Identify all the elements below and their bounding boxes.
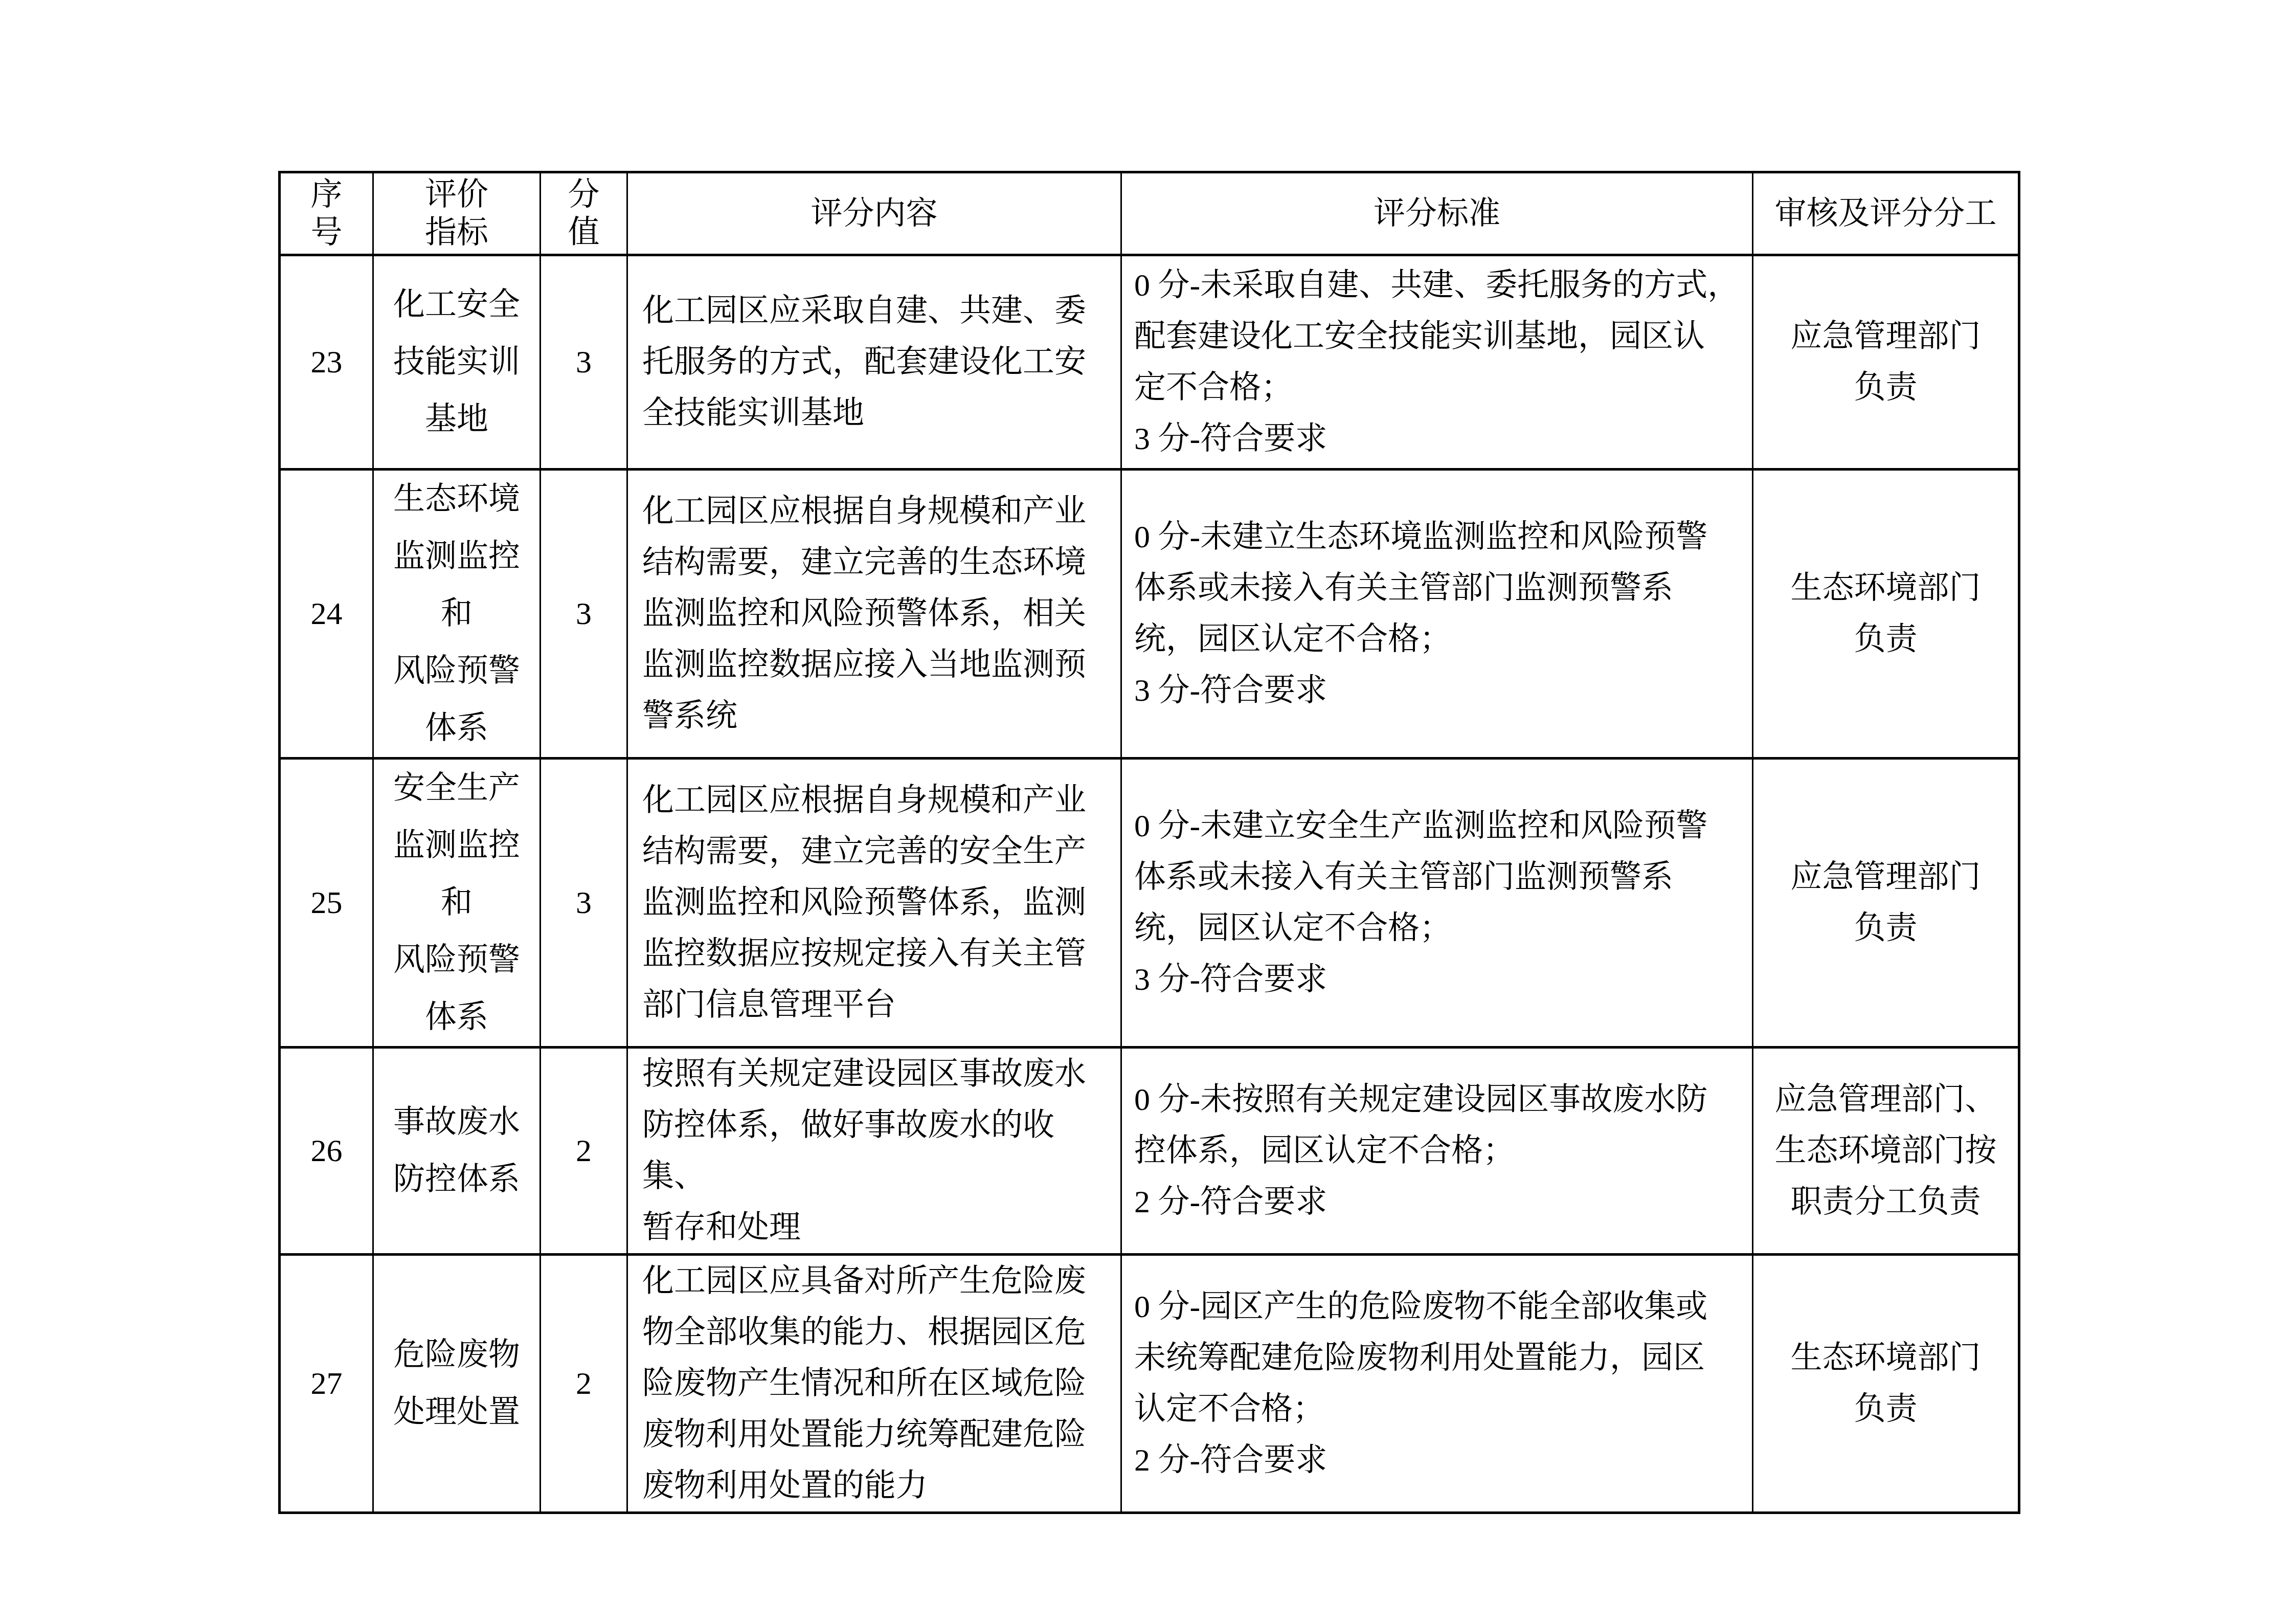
score-cell: 2 bbox=[541, 1255, 627, 1513]
content-cell: 化工园区应根据自身规模和产业 结构需要，建立完善的生态环境 监测监控和风险预警体… bbox=[627, 470, 1121, 759]
row-number-cell: 25 bbox=[280, 759, 373, 1048]
division-cell: 应急管理部门 负责 bbox=[1753, 255, 2019, 470]
table-row: 23 化工安全 技能实训 基地 3 化工园区应采取自建、共建、委 托服务的方式，… bbox=[280, 255, 2019, 470]
header-content: 评分内容 bbox=[627, 172, 1121, 255]
standard-cell: 0 分-未采取自建、共建、委托服务的方式， 配套建设化工安全技能实训基地，园区认… bbox=[1121, 255, 1753, 470]
table-row: 25 安全生产 监测监控和 风险预警 体系 3 化工园区应根据自身规模和产业 结… bbox=[280, 759, 2019, 1048]
division-cell: 应急管理部门 负责 bbox=[1753, 759, 2019, 1048]
standard-cell: 0 分-未建立生态环境监测监控和风险预警 体系或未接入有关主管部门监测预警系 统… bbox=[1121, 470, 1753, 759]
score-cell: 3 bbox=[541, 255, 627, 470]
table-header-row: 序 号 评价 指标 分 值 评分内容 评分标准 审核及评分分工 bbox=[280, 172, 2019, 255]
content-cell: 化工园区应采取自建、共建、委 托服务的方式，配套建设化工安 全技能实训基地 bbox=[627, 255, 1121, 470]
score-cell: 3 bbox=[541, 759, 627, 1048]
row-number-cell: 26 bbox=[280, 1048, 373, 1255]
row-number-cell: 24 bbox=[280, 470, 373, 759]
division-cell: 生态环境部门 负责 bbox=[1753, 470, 2019, 759]
row-number-cell: 23 bbox=[280, 255, 373, 470]
content-cell: 化工园区应根据自身规模和产业 结构需要，建立完善的安全生产 监测监控和风险预警体… bbox=[627, 759, 1121, 1048]
indicator-cell: 化工安全 技能实训 基地 bbox=[373, 255, 541, 470]
header-standard: 评分标准 bbox=[1121, 172, 1753, 255]
header-score: 分 值 bbox=[541, 172, 627, 255]
indicator-cell: 生态环境 监测监控和 风险预警 体系 bbox=[373, 470, 541, 759]
evaluation-criteria-table: 序 号 评价 指标 分 值 评分内容 评分标准 审核及评分分工 23 化工安全 … bbox=[278, 171, 2020, 1514]
row-number-cell: 27 bbox=[280, 1255, 373, 1513]
header-no: 序 号 bbox=[280, 172, 373, 255]
division-cell: 生态环境部门 负责 bbox=[1753, 1255, 2019, 1513]
standard-cell: 0 分-未按照有关规定建设园区事故废水防 控体系，园区认定不合格； 2 分-符合… bbox=[1121, 1048, 1753, 1255]
score-cell: 2 bbox=[541, 1048, 627, 1255]
content-cell: 按照有关规定建设园区事故废水 防控体系，做好事故废水的收集、 暂存和处理 bbox=[627, 1048, 1121, 1255]
table-row: 24 生态环境 监测监控和 风险预警 体系 3 化工园区应根据自身规模和产业 结… bbox=[280, 470, 2019, 759]
header-indicator: 评价 指标 bbox=[373, 172, 541, 255]
indicator-cell: 危险废物 处理处置 bbox=[373, 1255, 541, 1513]
standard-cell: 0 分-园区产生的危险废物不能全部收集或 未统筹配建危险废物利用处置能力，园区 … bbox=[1121, 1255, 1753, 1513]
header-division: 审核及评分分工 bbox=[1753, 172, 2019, 255]
content-cell: 化工园区应具备对所产生危险废 物全部收集的能力、根据园区危 险废物产生情况和所在… bbox=[627, 1255, 1121, 1513]
document-page: 序 号 评价 指标 分 值 评分内容 评分标准 审核及评分分工 23 化工安全 … bbox=[0, 0, 2296, 1624]
score-cell: 3 bbox=[541, 470, 627, 759]
table-row: 26 事故废水 防控体系 2 按照有关规定建设园区事故废水 防控体系，做好事故废… bbox=[280, 1048, 2019, 1255]
indicator-cell: 事故废水 防控体系 bbox=[373, 1048, 541, 1255]
division-cell: 应急管理部门、 生态环境部门按 职责分工负责 bbox=[1753, 1048, 2019, 1255]
standard-cell: 0 分-未建立安全生产监测监控和风险预警 体系或未接入有关主管部门监测预警系 统… bbox=[1121, 759, 1753, 1048]
indicator-cell: 安全生产 监测监控和 风险预警 体系 bbox=[373, 759, 541, 1048]
table-row: 27 危险废物 处理处置 2 化工园区应具备对所产生危险废 物全部收集的能力、根… bbox=[280, 1255, 2019, 1513]
